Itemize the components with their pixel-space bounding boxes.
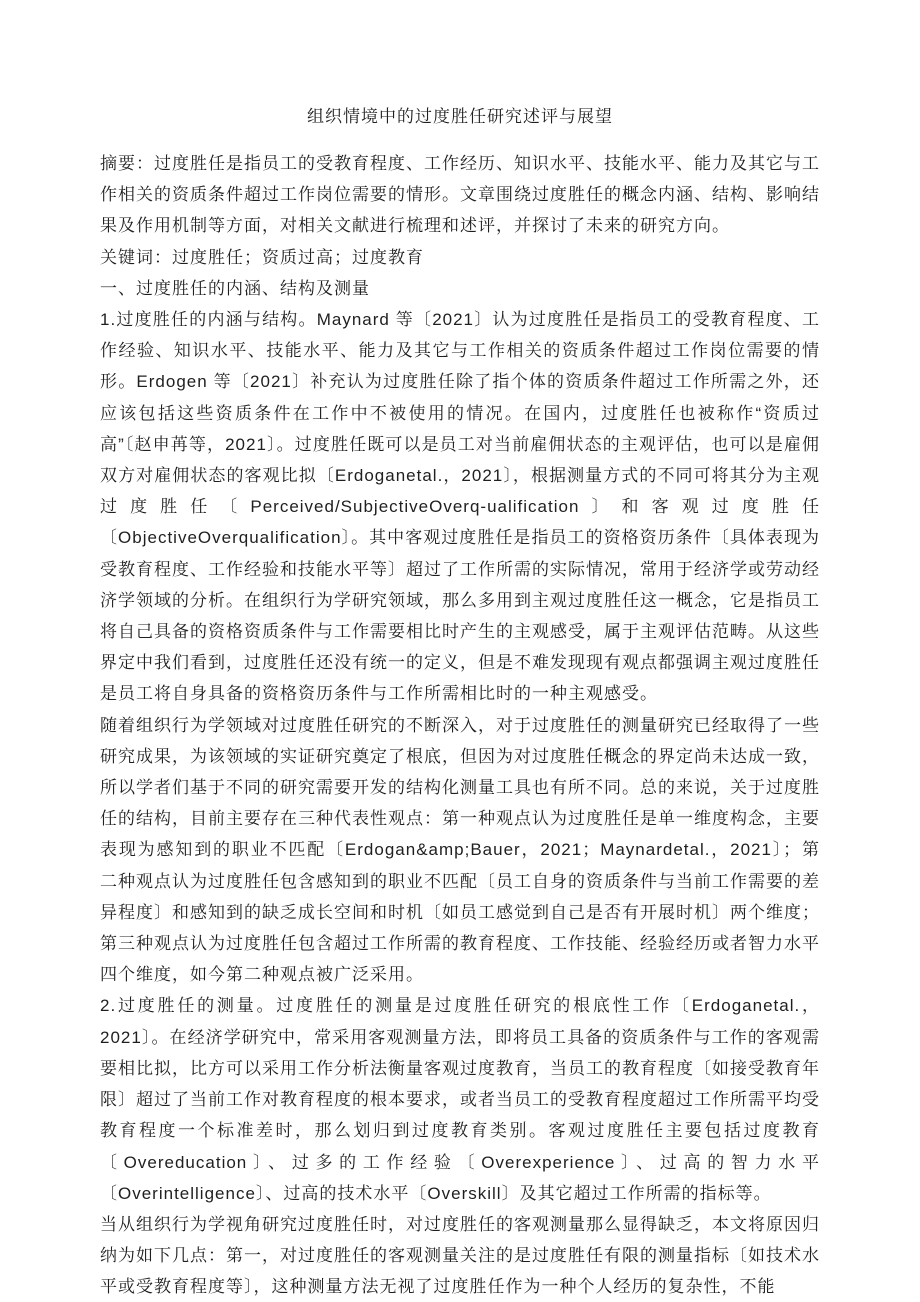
abstract-paragraph: 摘要：过度胜任是指员工的受教育程度、工作经历、知识水平、技能水平、能力及其它与工… (100, 148, 820, 242)
section-heading: 一、过度胜任的内涵、结构及测量 (100, 273, 820, 304)
keywords-line: 关键词：过度胜任；资质过高；过度教育 (100, 242, 820, 273)
document-page: 组织情境中的过度胜任研究述评与展望 摘要：过度胜任是指员工的受教育程度、工作经历… (0, 0, 920, 1302)
body-paragraph-structure-viewpoints: 随着组织行为学领域对过度胜任研究的不断深入，对于过度胜任的测量研究已经取得了一些… (100, 710, 820, 991)
body-paragraph-objective-measure-critique: 当从组织行为学视角研究过度胜任时，对过度胜任的客观测量那么显得缺乏，本文将原因归… (100, 1209, 820, 1302)
body-paragraph-measurement: 2.过度胜任的测量。过度胜任的测量是过度胜任研究的根底性工作〔Erdoganet… (100, 990, 820, 1208)
document-title: 组织情境中的过度胜任研究述评与展望 (100, 101, 820, 132)
document-body: 组织情境中的过度胜任研究述评与展望 摘要：过度胜任是指员工的受教育程度、工作经历… (0, 0, 920, 1302)
body-paragraph-connotation-structure: 1.过度胜任的内涵与结构。Maynard 等〔2021〕认为过度胜任是指员工的受… (100, 304, 820, 710)
